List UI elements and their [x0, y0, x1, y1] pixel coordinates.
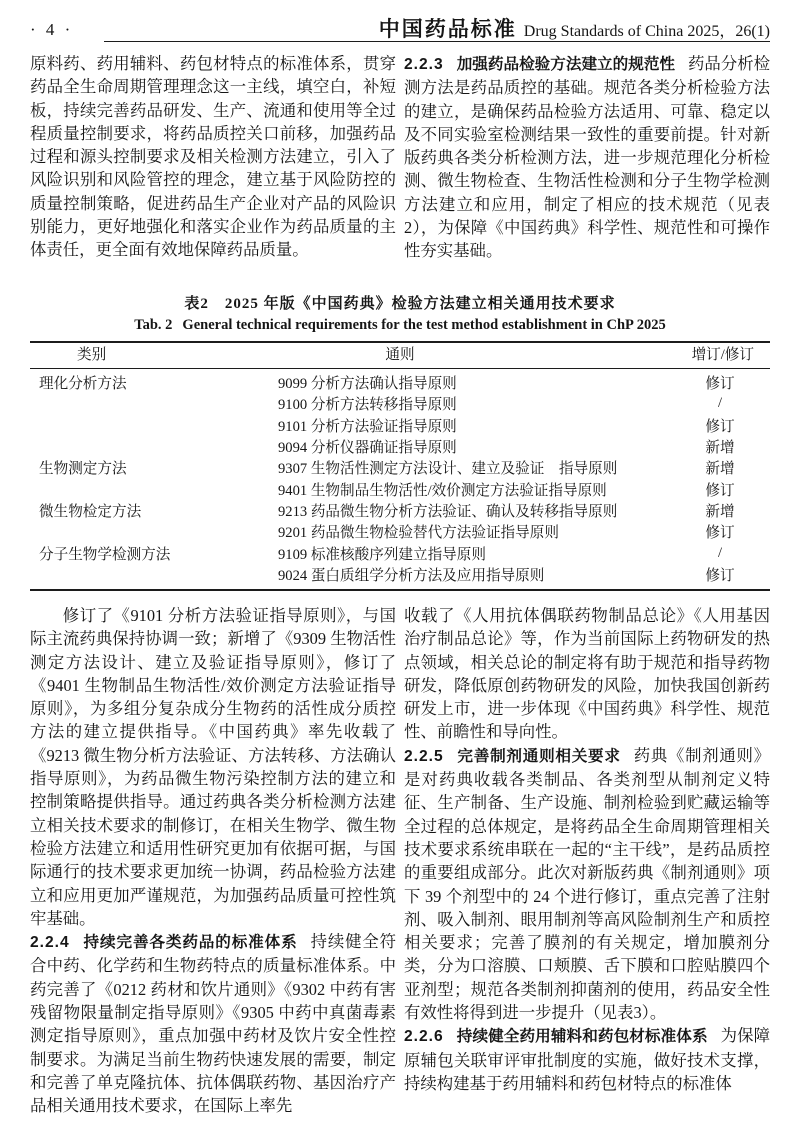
table-row: 9094 分析仪器确证指导原则 新增: [30, 436, 770, 457]
cell-rule: 9213 药品微生物分析方法验证、确认及转移指导原则: [270, 500, 670, 521]
header-rule: [104, 41, 770, 42]
journal-title-cn: 中国药品标准: [379, 13, 517, 43]
table-caption-en-label: Tab. 2: [134, 317, 172, 333]
table-row: 分子生物学检测方法 9109 标准核酸序列建立指导原则 /: [30, 542, 770, 563]
paragraph-revisions: 修订了《9101 分析方法验证指导原则》，与国际主流药典保持协调一致；新增了《9…: [30, 604, 396, 930]
section-number: 2.2.5: [404, 748, 444, 765]
section-title: 持续完善各类药品的标准体系: [83, 934, 298, 951]
section-body: 药品分析检测方法是药品质控的基础。规范各类分析检验方法的建立，是确保药品检验方法…: [404, 54, 770, 260]
table-2-block: 表2 2025 年版《中国药典》检验方法建立相关通用技术要求 Tab. 2Gen…: [30, 292, 770, 591]
cell-status: 修订: [670, 372, 770, 393]
table-row: 9024 蛋白质组学分析方法及应用指导原则 修订: [30, 564, 770, 585]
cell-rule: 9094 分析仪器确证指导原则: [270, 436, 670, 457]
cell-rule: 9109 标准核酸序列建立指导原则: [270, 543, 670, 564]
top-right-column: 2.2.3加强药品检验方法建立的规范性药品分析检测方法是药品质控的基础。规范各类…: [404, 52, 770, 263]
section-number: 2.2.3: [404, 56, 444, 73]
journal-title-en: Drug Standards of China 2025，26(1): [524, 18, 770, 41]
cell-status: /: [670, 545, 770, 562]
section-2-2-4: 2.2.4持续完善各类药品的标准体系持续健全符合中药、化学药和生物药特点的质量标…: [30, 930, 396, 1117]
bottom-left-column: 修订了《9101 分析方法验证指导原则》，与国际主流药典保持协调一致；新增了《9…: [30, 604, 396, 1118]
cell-status: 修订: [670, 415, 770, 436]
cell-status: 新增: [670, 500, 770, 521]
top-columns: 原料药、药用辅料、药包材特点的标准体系，贯穿药品全生命周期管理理念这一主线，填空…: [30, 52, 770, 263]
section-body: 持续健全符合中药、化学药和生物药特点的质量标准体系。中药完善了《0212 药材和…: [30, 932, 396, 1115]
cell-status: 修订: [670, 521, 770, 542]
cell-category: 微生物检定方法: [30, 500, 270, 521]
header-cell-rule: 通则: [30, 343, 770, 368]
cell-category: 理化分析方法: [30, 372, 270, 393]
table-row: 9101 分析方法验证指导原则 修订: [30, 415, 770, 436]
cell-rule: 9099 分析方法确认指导原则: [270, 372, 670, 393]
cell-status: 修订: [670, 479, 770, 500]
table-row: 9100 分析方法转移指导原则 /: [30, 393, 770, 414]
paragraph-continued: 原料药、药用辅料、药包材特点的标准体系，贯穿药品全生命周期管理理念这一主线，填空…: [30, 52, 396, 262]
section-title: 持续健全药用辅料和药包材标准体系: [457, 1028, 708, 1045]
page-number: · 4 ·: [30, 20, 73, 40]
cell-rule: 9401 生物制品生物活性/效价测定方法验证指导原则: [270, 479, 670, 500]
paragraph-continued-right: 收载了《人用抗体偶联药物制品总论》《人用基因治疗制品总论》等，作为当前国际上药物…: [404, 604, 770, 744]
header-cell-status: 增订/修订: [692, 343, 754, 368]
bottom-right-column: 收载了《人用抗体偶联药物制品总论》《人用基因治疗制品总论》等，作为当前国际上药物…: [404, 604, 770, 1118]
table-row: 生物测定方法 9307 生物活性测定方法设计、建立及验证 指导原则 新增: [30, 457, 770, 478]
cell-status: 修订: [670, 564, 770, 585]
table-2: 类别 通则 增订/修订 理化分析方法 9099 分析方法确认指导原则 修订 91…: [30, 341, 770, 591]
section-2-2-5: 2.2.5完善制剂通则相关要求药典《制剂通则》是对药典收载各类制品、各类剂型从制…: [404, 744, 770, 1025]
cell-status: /: [670, 395, 770, 412]
journal-header: 中国药品标准 Drug Standards of China 2025，26(1…: [379, 13, 770, 43]
cell-rule: 9307 生物活性测定方法设计、建立及验证 指导原则: [270, 457, 670, 478]
table-body: 理化分析方法 9099 分析方法确认指导原则 修订 9100 分析方法转移指导原…: [30, 369, 770, 589]
section-2-2-3: 2.2.3加强药品检验方法建立的规范性药品分析检测方法是药品质控的基础。规范各类…: [404, 52, 770, 263]
section-2-2-6: 2.2.6持续健全药用辅料和药包材标准体系为保障原辅包关联审评审批制度的实施，做…: [404, 1024, 770, 1095]
section-number: 2.2.6: [404, 1028, 444, 1045]
cell-category: 生物测定方法: [30, 457, 270, 478]
table-caption-cn: 表2 2025 年版《中国药典》检验方法建立相关通用技术要求: [30, 292, 770, 313]
bottom-columns: 修订了《9101 分析方法验证指导原则》，与国际主流药典保持协调一致；新增了《9…: [30, 604, 770, 1118]
table-header-row: 类别 通则 增订/修订: [30, 343, 770, 369]
cell-rule: 9024 蛋白质组学分析方法及应用指导原则: [270, 564, 670, 585]
cell-status: 新增: [670, 436, 770, 457]
section-number: 2.2.4: [30, 934, 70, 951]
table-caption-en-text: General technical requirements for the t…: [182, 317, 665, 333]
cell-category: 分子生物学检测方法: [30, 543, 270, 564]
journal-page: · 4 · 中国药品标准 Drug Standards of China 202…: [0, 0, 800, 1143]
cell-rule: 9101 分析方法验证指导原则: [270, 415, 670, 436]
section-body: 药典《制剂通则》是对药典收载各类制品、各类剂型从制剂定义特征、生产制备、生产设施…: [404, 746, 770, 1022]
table-row: 微生物检定方法 9213 药品微生物分析方法验证、确认及转移指导原则 新增: [30, 500, 770, 521]
section-title: 加强药品检验方法建立的规范性: [457, 56, 675, 73]
cell-status: 新增: [670, 457, 770, 478]
cell-rule: 9201 药品微生物检验替代方法验证指导原则: [270, 521, 670, 542]
section-title: 完善制剂通则相关要求: [457, 748, 621, 765]
table-caption-en: Tab. 2General technical requirements for…: [30, 317, 770, 334]
table-row: 理化分析方法 9099 分析方法确认指导原则 修订: [30, 372, 770, 393]
top-left-column: 原料药、药用辅料、药包材特点的标准体系，贯穿药品全生命周期管理理念这一主线，填空…: [30, 52, 396, 263]
cell-rule: 9100 分析方法转移指导原则: [270, 393, 670, 414]
table-row: 9201 药品微生物检验替代方法验证指导原则 修订: [30, 521, 770, 542]
table-row: 9401 生物制品生物活性/效价测定方法验证指导原则 修订: [30, 478, 770, 499]
